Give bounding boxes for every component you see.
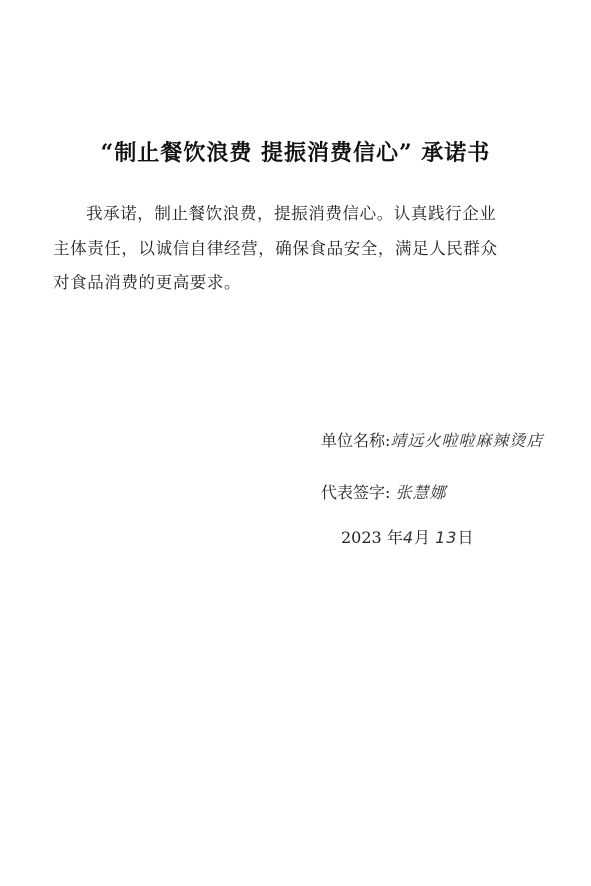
pledge-text: 我承诺，制止餐饮浪费，提振消费信心。认真践行企业主体责任，以诚信自律经营，确保食…	[53, 197, 513, 301]
date-year: 2023	[341, 528, 382, 547]
document-title: “制止餐饮浪费 提振消费信心” 承诺书	[0, 136, 591, 167]
unit-name-field: 单位名称:靖远火啦啦麻辣烫店	[321, 428, 543, 451]
signature-field: 代表签字: 张慧娜	[321, 480, 447, 503]
date-day-suffix: 日	[457, 528, 473, 547]
unit-name-label: 单位名称:	[321, 431, 390, 450]
signature-label: 代表签字:	[321, 483, 390, 502]
date-month: 4	[403, 528, 414, 547]
date-year-suffix: 年	[387, 528, 403, 547]
date-month-suffix: 月	[414, 528, 430, 547]
date-field: 2023 年4月 13日	[341, 525, 474, 548]
signature-handwritten: 张慧娜	[396, 483, 447, 502]
date-day: 13	[435, 528, 457, 547]
unit-name-handwritten: 靖远火啦啦麻辣烫店	[390, 431, 543, 450]
